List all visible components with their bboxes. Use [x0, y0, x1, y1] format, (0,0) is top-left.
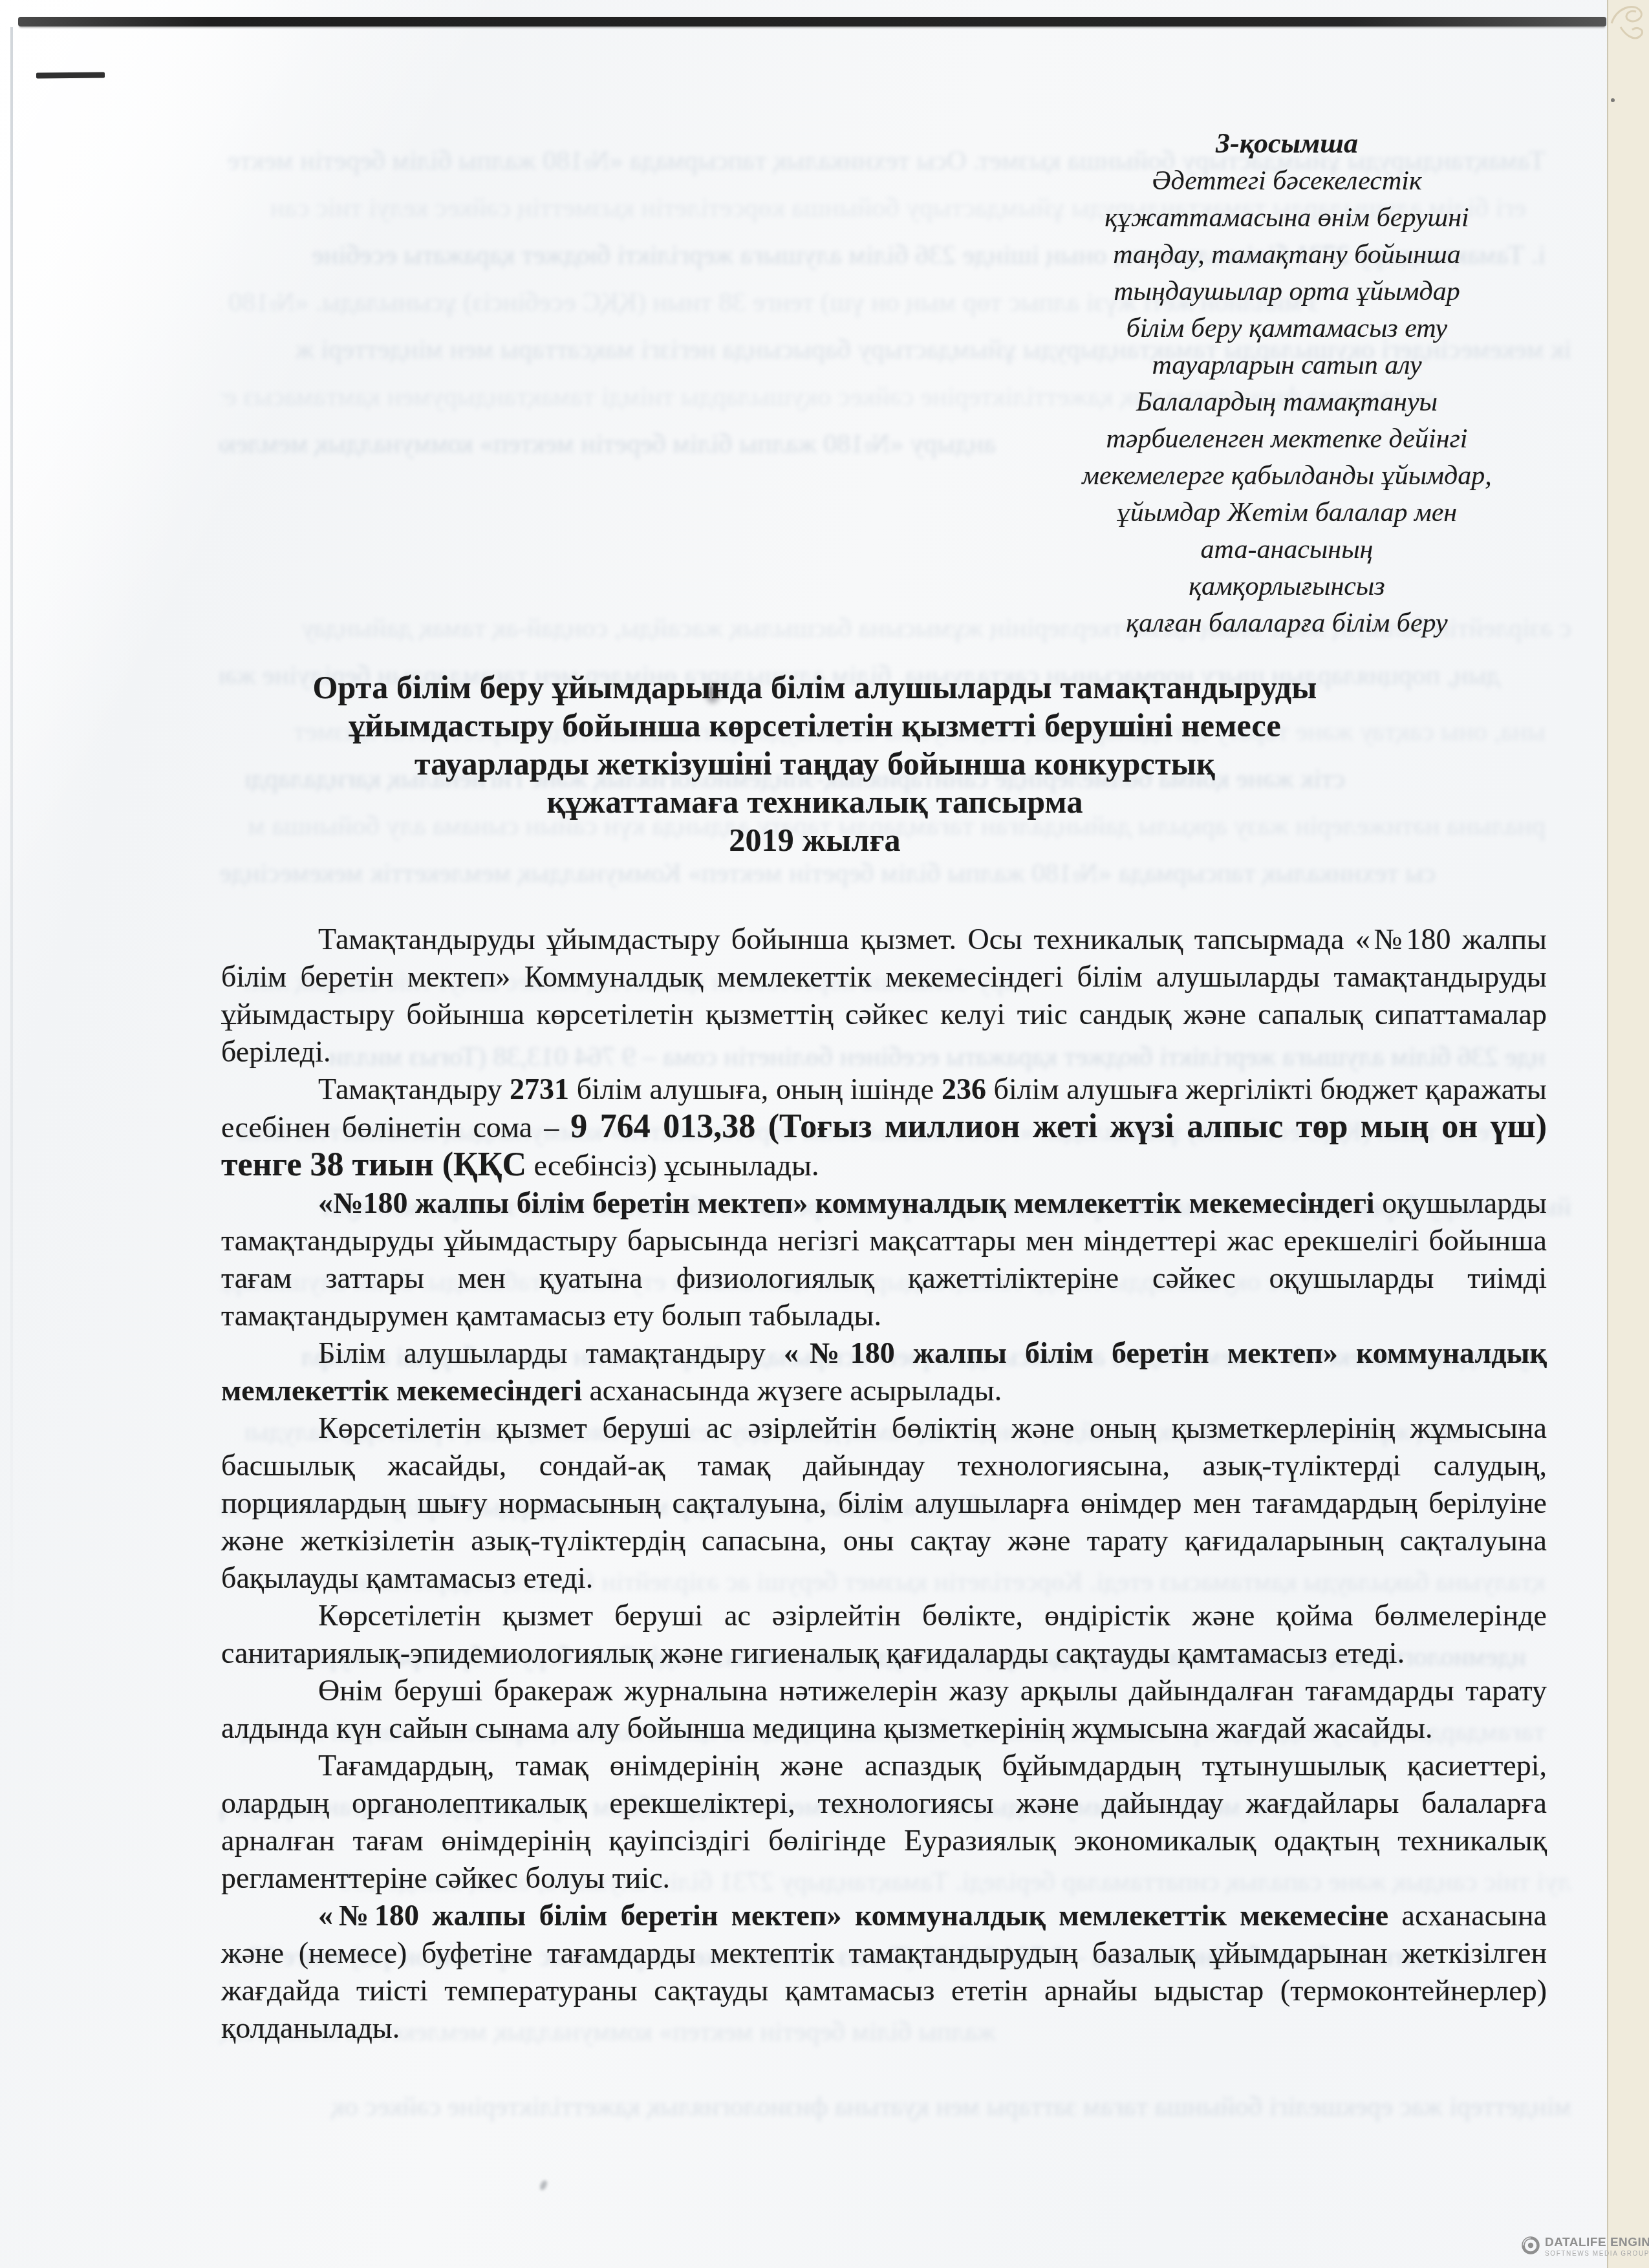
appendix-line: таңдау, тамақтану бойынша	[996, 237, 1578, 273]
paragraph-segment: «№180 жалпы білім беретін мектеп» коммун…	[318, 1186, 1375, 1219]
appendix-header: 3-қосымша Әдеттегі бәсекелестік құжаттам…	[996, 124, 1578, 642]
scan-dash-mark	[36, 72, 105, 78]
paragraph-segment: асханасында жүзеге асырылады.	[582, 1374, 1002, 1407]
datalife-logo-icon	[1521, 2236, 1540, 2255]
appendix-line: құжаттамасына өнім берушні	[996, 200, 1578, 237]
body-paragraph: Тағамдардың, тамақ өнімдерінің және аспа…	[221, 1747, 1547, 1897]
scan-edge-line-left	[10, 27, 13, 1643]
paragraph-segment: Тамақтандыру	[318, 1073, 510, 1106]
appendix-line: Әдеттегі бәсекелестік	[996, 163, 1578, 200]
appendix-line: қалған балаларға білім беру	[996, 605, 1578, 642]
body-paragraph: Көрсетілетін қызмет беруші ас әзірлейтін…	[221, 1597, 1547, 1672]
appendix-line: ата-анасының	[996, 531, 1578, 568]
watermark-text: DATALIFE ENGINE SOFTNEWS MEDIA GROUP	[1545, 2236, 1649, 2258]
bleedthrough-line: сы техникалық тапсырмада «№180 жалпы біл…	[220, 858, 1436, 892]
body-paragraph: Өнім беруші бракераж журналына нәтижелер…	[221, 1672, 1547, 1747]
appendix-line: Балалардың тамақтануы	[996, 384, 1578, 421]
bleedthrough-line: андыру «№180 жалпы білім беретін мектеп»…	[220, 429, 996, 462]
body-paragraph: «№180 жалпы білім беретін мектеп» коммун…	[221, 1897, 1547, 2047]
title-line: тауарларды жеткізушіні таңдау бойынша ко…	[194, 745, 1436, 783]
body-paragraph: Тамақтандыруды ұйымдастыру бойынша қызме…	[221, 921, 1547, 1071]
watermark-subtitle: SOFTNEWS MEDIA GROUP	[1545, 2251, 1649, 2258]
paragraph-segment: Білім алушыларды тамақтандыру	[318, 1336, 784, 1369]
appendix-line: тыңдаушылар орта ұйымдар	[996, 273, 1578, 310]
bleedthrough-line: міндеттері жас ерекшелігі бойынша тағам …	[246, 2091, 1571, 2125]
paragraph-segment: Көрсетілетін қызмет беруші ас әзірлейтін…	[221, 1411, 1547, 1594]
paragraph-segment: «№180 жалпы білім беретін мектеп» коммун…	[318, 1899, 1388, 1932]
paragraph-segment: Тағамдардың, тамақ өнімдерінің және аспа…	[221, 1749, 1547, 1894]
appendix-line: тауарларын сатып алу	[996, 347, 1578, 384]
scanned-document-page: Тамақтандыруды ұйымдастыру бойынша қызме…	[0, 0, 1649, 2268]
appendix-line: тәрбиеленген мектепке дейінгі	[996, 421, 1578, 458]
appendix-line: білім беру қамтамасыз ету	[996, 310, 1578, 347]
title-line: Орта білім беру ұйымдарында білім алушыл…	[194, 669, 1436, 707]
watermark-title: DATALIFE ENGINE	[1545, 2236, 1649, 2250]
scan-edge-strip-right	[1607, 0, 1649, 2268]
datalife-watermark: DATALIFE ENGINE SOFTNEWS MEDIA GROUP	[1521, 2236, 1649, 2258]
paragraph-segment: білім алушыға, оның ішінде	[569, 1073, 942, 1106]
document-title: Орта білім беру ұйымдарында білім алушыл…	[194, 669, 1436, 859]
body-paragraph: Білім алушыларды тамақтандыру «№180 жалп…	[221, 1334, 1547, 1409]
document-body: Тамақтандыруды ұйымдастыру бойынша қызме…	[221, 921, 1547, 2047]
title-line: құжаттамаға техникалық тапсырма	[194, 783, 1436, 821]
paragraph-segment: 236	[942, 1073, 986, 1106]
paragraph-segment: Өнім беруші бракераж журналына нәтижелер…	[221, 1674, 1547, 1744]
appendix-number: 3-қосымша	[996, 124, 1578, 163]
title-line: ұйымдастыру бойынша көрсетілетін қызметт…	[194, 707, 1436, 745]
appendix-line: мекемелерге қабылданды ұйымдар,	[996, 458, 1578, 495]
scan-edge-bar-top	[18, 17, 1606, 27]
paragraph-segment: Көрсетілетін қызмет беруші ас әзірлейтін…	[221, 1599, 1547, 1669]
scan-speck	[1611, 98, 1615, 102]
title-line: 2019 жылға	[194, 821, 1436, 859]
body-paragraph: Тамақтандыру 2731 білім алушыға, оның іш…	[221, 1071, 1547, 1184]
scan-squiggle-mark	[1608, 1, 1648, 48]
paragraph-segment: есебінсіз) ұсынылады.	[526, 1149, 819, 1182]
body-paragraph: Көрсетілетін қызмет беруші ас әзірлейтін…	[221, 1409, 1547, 1597]
body-paragraph: «№180 жалпы білім беретін мектеп» коммун…	[221, 1184, 1547, 1334]
appendix-line: қамқорлығынсыз	[996, 568, 1578, 605]
scan-speck	[539, 2179, 548, 2191]
paragraph-segment: Тамақтандыруды ұйымдастыру бойынша қызме…	[221, 923, 1547, 1068]
paragraph-segment: 2731	[510, 1073, 569, 1106]
appendix-line: ұйымдар Жетім балалар мен	[996, 495, 1578, 531]
